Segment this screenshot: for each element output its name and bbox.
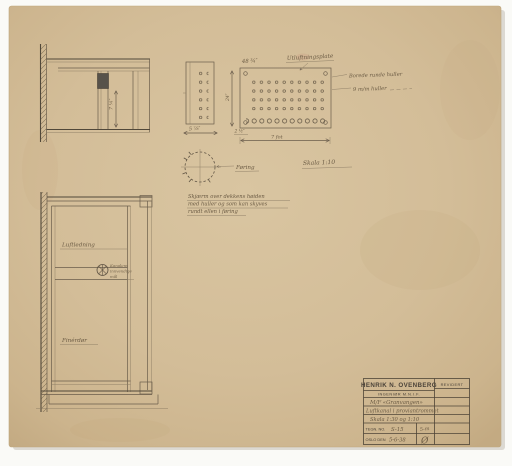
door-label: Finérdør <box>61 337 87 344</box>
circle-note-2: innvendige <box>110 269 132 274</box>
title-block-project: M/F «Granvangen» <box>369 400 423 406</box>
title-block-subtitle: INGENIØR M.N.I.F. <box>378 391 420 396</box>
title-block-drawing-title: Luftkanal i proviantrommet <box>365 408 440 414</box>
drawing-no-label: TEGN. NO. <box>366 427 386 432</box>
duct-run-label: Luftledning <box>61 243 95 249</box>
plate-height-dim: 24″ <box>225 93 231 102</box>
drawing-sheet: 7 ¼″ 5 ⅞″ 24″ 48 ¾″ Utluftningsplate Bor… <box>0 0 512 466</box>
damper-block <box>98 74 109 89</box>
note-line-1: Skjærm over dekkens høiden <box>188 194 265 200</box>
revised-column-header: REVIDERT <box>441 382 464 387</box>
signature: Ø <box>420 436 429 447</box>
drawing-no-extra: 5-m <box>420 426 430 433</box>
plate-hole-bottom-row <box>246 115 326 124</box>
foering-label: Føring <box>235 165 255 171</box>
circle-note-1: Kanalens <box>109 263 128 268</box>
side-view-width-dim: 5 ⅞″ <box>189 126 201 133</box>
holes-annotation-2: 9 m/m huller <box>353 86 387 93</box>
drawing-no-value: S-15 <box>391 427 404 433</box>
note-line-3: rundt ellen i føring <box>188 209 238 215</box>
circle-note-3: mål <box>110 274 118 279</box>
title-block-company: HENRIK N. OVENBERG <box>361 382 437 389</box>
place-date-label: OSLO DEN <box>366 437 386 442</box>
scale-small-label: Skala 1:10 <box>303 159 336 167</box>
title-block-scale: Skala 1:30 og 1:10 <box>370 417 420 423</box>
plate-small-dim: 2 ½″ <box>234 129 245 135</box>
plate-length-dim: 7 fot <box>271 135 284 141</box>
plate-hole-grid <box>250 77 324 114</box>
date-value: 5-6-38 <box>389 438 406 444</box>
note-line-2: med huller og som kan skyves <box>188 202 268 208</box>
section-height-dim: 7 ¼″ <box>108 98 115 110</box>
scanned-blueprint: 7 ¼″ 5 ⅞″ 24″ 48 ¾″ Utluftningsplate Bor… <box>0 0 512 466</box>
plate-width-dim: 48 ¾″ <box>241 57 258 65</box>
